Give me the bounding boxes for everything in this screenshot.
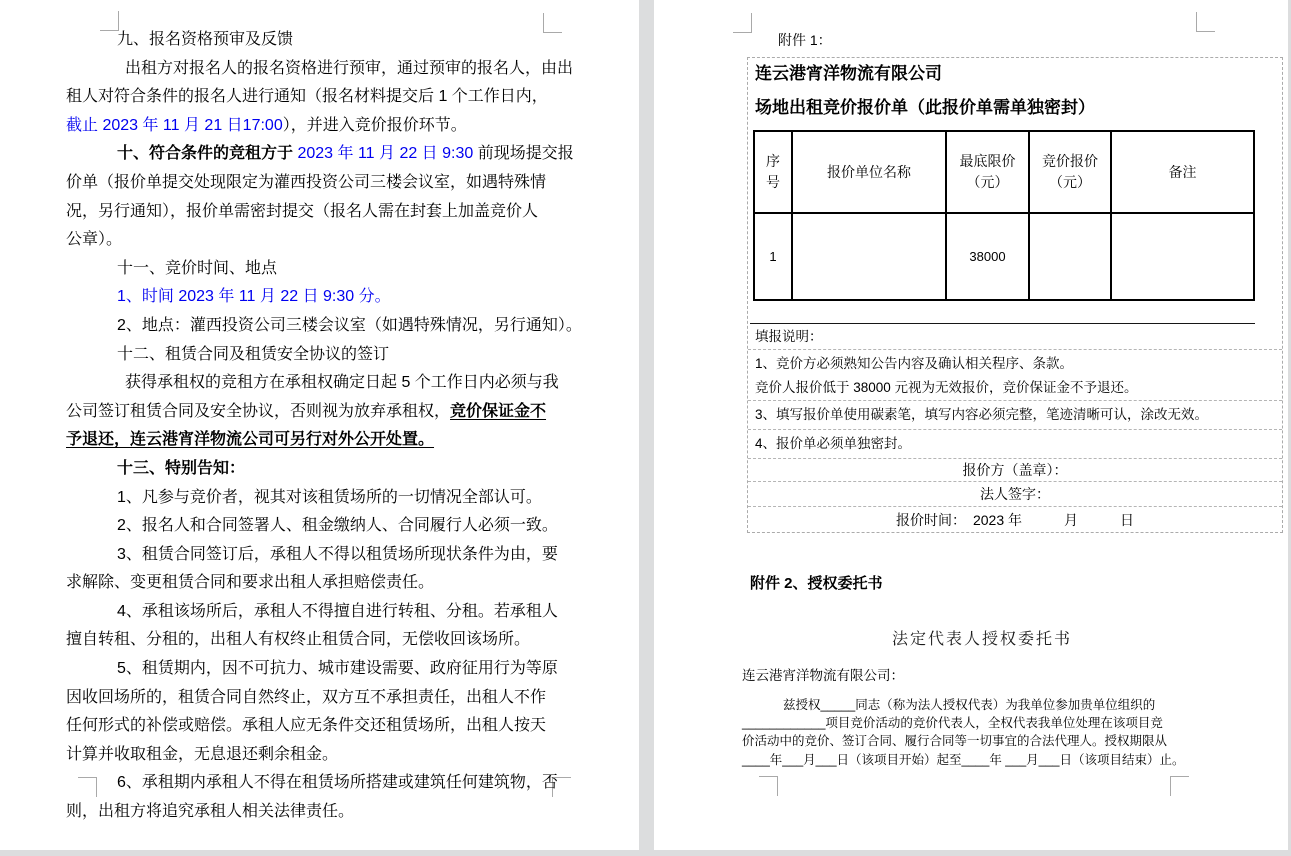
company-name: 连云港宵洋物流有限公司 [755, 62, 942, 86]
margin-crop-mark [759, 776, 778, 796]
quote-form-box: 连云港宵洋物流有限公司 场地出租竞价报价单（此报价单需单独密封） 序 号 报价单… [747, 57, 1283, 533]
text-run: ），并进入竞价报价环节。 [283, 117, 467, 134]
text-line[interactable]: 求解除、变更租赁合同和要求出租人承担赔偿责任。 [66, 569, 548, 598]
sign-row-date[interactable]: 报价时间： 2023 年 月 日 [748, 507, 1282, 534]
text-line[interactable]: 租人对符合条件的报名人进行通知（报名材料提交后 1 个工作日内， [66, 83, 548, 112]
attachment1-label: 附件 1： [778, 30, 832, 50]
text-run: 况，另行通知），报价单需密封提交（报名人需在封套上加盖竞价人 [66, 203, 538, 220]
sign-row-signature[interactable]: 法人签字： [748, 482, 1282, 507]
text-run: 5、租赁期内，因不可抗力、城市建设需要、政府征用行为等原 [117, 660, 558, 677]
text-line[interactable]: 十、符合条件的竞租方于 2023 年 11 月 22 日 9:30 前现场提交报 [66, 140, 548, 169]
text-run: 6、承租期内承租人不得在租赁场所搭建或建筑任何建筑物，否 [117, 774, 558, 791]
text-line[interactable]: 十一、竞价时间、地点 [66, 255, 548, 284]
document-page-right[interactable]: 附件 1： 连云港宵洋物流有限公司 场地出租竞价报价单（此报价单需单独密封） 序… [654, 0, 1288, 850]
text-line[interactable]: 况，另行通知），报价单需密封提交（报名人需在封套上加盖竞价人 [66, 198, 548, 227]
text-line[interactable]: 予退还，连云港宵洋物流公司可另行对外公开处置。 [66, 426, 548, 455]
margin-crop-mark [1170, 776, 1189, 796]
text-run: 1、凡参与竞价者，视其对该租赁场所的一切情况全部认可。 [117, 489, 542, 506]
text-run: 擅自转租、分租的，出租人有权终止租赁合同，无偿收回该场所。 [66, 631, 530, 648]
text-run: 竞价保证金不 [450, 403, 546, 420]
text-line[interactable]: 1、凡参与竞价者，视其对该租赁场所的一切情况全部认可。 [66, 484, 548, 513]
text-run: 前现场提交报 [473, 145, 573, 162]
sign-row-seal[interactable]: 报价方（盖章）： [748, 459, 1282, 482]
text-run: 十、符合条件的竞租方于 [117, 145, 297, 162]
text-run: 1、时间 2023 年 11 月 22 日 9:30 分。 [117, 288, 391, 305]
text-run: 求解除、变更租赁合同和要求出租人承担赔偿责任。 [66, 574, 434, 591]
text-line[interactable]: 4、承租该场所后，承租人不得擅自进行转租、分租。若承租人 [66, 598, 548, 627]
text-line[interactable]: 5、租赁期内，因不可抗力、城市建设需要、政府征用行为等原 [66, 655, 548, 684]
text-run: 公章）。 [66, 231, 122, 248]
text-run: 2、地点：灌西投资公司三楼会议室（如遇特殊情况，另行通知）。 [117, 317, 582, 334]
text-run: 出租方对报名人的报名资格进行预审，通过预审的报名人，由出 [125, 60, 573, 77]
text-line[interactable]: 十三、特别告知： [66, 455, 548, 484]
power-of-attorney-body[interactable]: 兹授权_____同志（称为法人授权代表）为我单位参加贵单位组织的 _______… [742, 696, 1291, 769]
text-line[interactable]: 擅自转租、分租的，出租人有权终止租赁合同，无偿收回该场所。 [66, 626, 548, 655]
text-line[interactable]: 1、时间 2023 年 11 月 22 日 9:30 分。 [66, 283, 548, 312]
text-line[interactable]: 任何形式的补偿或赔偿。承租人应无条件交还租赁场所，出租人按天 [66, 712, 548, 741]
note-row[interactable]: 3、填写报价单使用碳素笔，填写内容必须完整，笔迹清晰可认，涂改无效。 [748, 401, 1282, 430]
power-of-attorney-salutation: 连云港宵洋物流有限公司： [742, 664, 904, 684]
text-line[interactable]: 因收回场所的，租赁合同自然终止，双方互不承担责任，出租人不作 [66, 684, 548, 713]
note-row[interactable]: 1、竞价方必须熟知公告内容及确认相关程序、条款。 竞价人报价低于 38000 元… [748, 350, 1282, 401]
text-run: 公司签订租赁合同及安全协议，否则视为放弃承租权， [66, 403, 450, 420]
text-run: 十二、租赁合同及租赁安全协议的签订 [117, 346, 389, 363]
left-page-text: 九、报名资格预审及反馈出租方对报名人的报名资格进行预审，通过预审的报名人，由出租… [66, 26, 548, 827]
text-line[interactable]: 3、租赁合同签订后，承租人不得以租赁场所现状条件为由，要 [66, 541, 548, 570]
text-run: 获得承租权的竞租方在承租权确定日起 5 个工作日内必须与我 [125, 374, 559, 391]
note-row[interactable]: 4、报价单必须单独密封。 [748, 430, 1282, 459]
cell-bidder-name[interactable] [792, 213, 946, 300]
cell-bid-price[interactable] [1029, 213, 1111, 300]
text-run: 十三、特别告知： [117, 460, 245, 477]
text-line[interactable]: 出租方对报名人的报名资格进行预审，通过预审的报名人，由出 [66, 55, 548, 84]
text-line[interactable]: 计算并收取租金，无息退还剩余租金。 [66, 741, 548, 770]
text-run: 2、报名人和合同签署人、租金缴纳人、合同履行人必须一致。 [117, 517, 558, 534]
text-run: 3、租赁合同签订后，承租人不得以租赁场所现状条件为由，要 [117, 546, 558, 563]
text-run: 计算并收取租金，无息退还剩余租金。 [66, 746, 338, 763]
header-bidder-name: 报价单位名称 [792, 131, 946, 213]
header-serial-number: 序 号 [754, 131, 792, 213]
margin-crop-mark [1196, 12, 1215, 32]
text-run: 十一、竞价时间、地点 [117, 260, 277, 277]
text-line[interactable]: 2、报名人和合同签署人、租金缴纳人、合同履行人必须一致。 [66, 512, 548, 541]
margin-crop-mark [733, 13, 752, 33]
table-header-row: 序 号 报价单位名称 最底限价 （元） 竞价报价 （元） 备注 [754, 131, 1254, 213]
note-line: 竞价人报价低于 38000 元视为无效报价，竞价保证金不予退还。 [755, 376, 1282, 400]
quote-table: 序 号 报价单位名称 最底限价 （元） 竞价报价 （元） 备注 1 38000 [753, 130, 1255, 301]
document-page-left[interactable]: 九、报名资格预审及反馈出租方对报名人的报名资格进行预审，通过预审的报名人，由出租… [0, 0, 639, 850]
text-run: 因收回场所的，租赁合同自然终止，双方互不承担责任，出租人不作 [66, 689, 546, 706]
poa-body-line: ____年___月___日（该项目开始）起至____年 ___月___日（该项目… [742, 751, 1291, 769]
document-canvas: { "colors": { "link_blue": "#0000f0", "p… [0, 0, 1291, 856]
text-line[interactable]: 获得承租权的竞租方在承租权确定日起 5 个工作日内必须与我 [66, 369, 548, 398]
text-run: 九、报名资格预审及反馈 [117, 31, 293, 48]
text-line[interactable]: 公章）。 [66, 226, 548, 255]
power-of-attorney-title: 法定代表人授权委托书 [742, 626, 1222, 649]
text-line[interactable]: 截止 2023 年 11 月 21 日17:00），并进入竞价报价环节。 [66, 112, 548, 141]
cell-minimum-price[interactable]: 38000 [946, 213, 1029, 300]
cell-remarks[interactable] [1111, 213, 1254, 300]
text-line[interactable]: 2、地点：灌西投资公司三楼会议室（如遇特殊情况，另行通知）。 [66, 312, 548, 341]
header-minimum-price: 最底限价 （元） [946, 131, 1029, 213]
poa-body-line: ____________项目竞价活动的竞价代表人，全权代表我单位处理在该项目竞 [742, 714, 1291, 732]
quote-form-title: 场地出租竞价报价单（此报价单需单独密封） [755, 96, 1095, 120]
text-line[interactable]: 十二、租赁合同及租赁安全协议的签订 [66, 341, 548, 370]
note-line: 1、竞价方必须熟知公告内容及确认相关程序、条款。 [755, 352, 1282, 376]
text-run: 则，出租方将追究承租人相关法律责任。 [66, 803, 354, 820]
header-bid-price: 竞价报价 （元） [1029, 131, 1111, 213]
text-run: 截止 2023 年 11 月 21 日17:00 [66, 117, 283, 134]
text-line[interactable]: 6、承租期内承租人不得在租赁场所搭建或建筑任何建筑物，否 [66, 769, 548, 798]
poa-body-line: 兹授权_____同志（称为法人授权代表）为我单位参加贵单位组织的 [742, 696, 1291, 714]
text-run: 租人对符合条件的报名人进行通知（报名材料提交后 1 个工作日内， [66, 88, 548, 105]
notes-title[interactable]: 填报说明： [748, 324, 1282, 350]
poa-body-line: 价活动中的竞价、签订合同、履行合同等一切事宜的合法代理人。授权期限从 [742, 732, 1291, 750]
text-run: 任何形式的补偿或赔偿。承租人应无条件交还租赁场所，出租人按天 [66, 717, 546, 734]
text-line[interactable]: 则，出租方将追究承租人相关法律责任。 [66, 798, 548, 827]
cell-serial-number[interactable]: 1 [754, 213, 792, 300]
text-run: 4、承租该场所后，承租人不得擅自进行转租、分租。若承租人 [117, 603, 558, 620]
text-run: 2023 年 11 月 22 日 9:30 [297, 145, 473, 162]
table-row: 1 38000 [754, 213, 1254, 300]
text-line[interactable]: 九、报名资格预审及反馈 [66, 26, 548, 55]
header-remarks: 备注 [1111, 131, 1254, 213]
text-run: 价单（报价单提交处现限定为灌西投资公司三楼会议室，如遇特殊情 [66, 174, 546, 191]
text-run: 予退还，连云港宵洋物流公司可另行对外公开处置。 [66, 431, 434, 448]
attachment2-heading: 附件 2、授权委托书 [750, 574, 883, 594]
text-line[interactable]: 公司签订租赁合同及安全协议，否则视为放弃承租权，竞价保证金不 [66, 398, 548, 427]
text-line[interactable]: 价单（报价单提交处现限定为灌西投资公司三楼会议室，如遇特殊情 [66, 169, 548, 198]
